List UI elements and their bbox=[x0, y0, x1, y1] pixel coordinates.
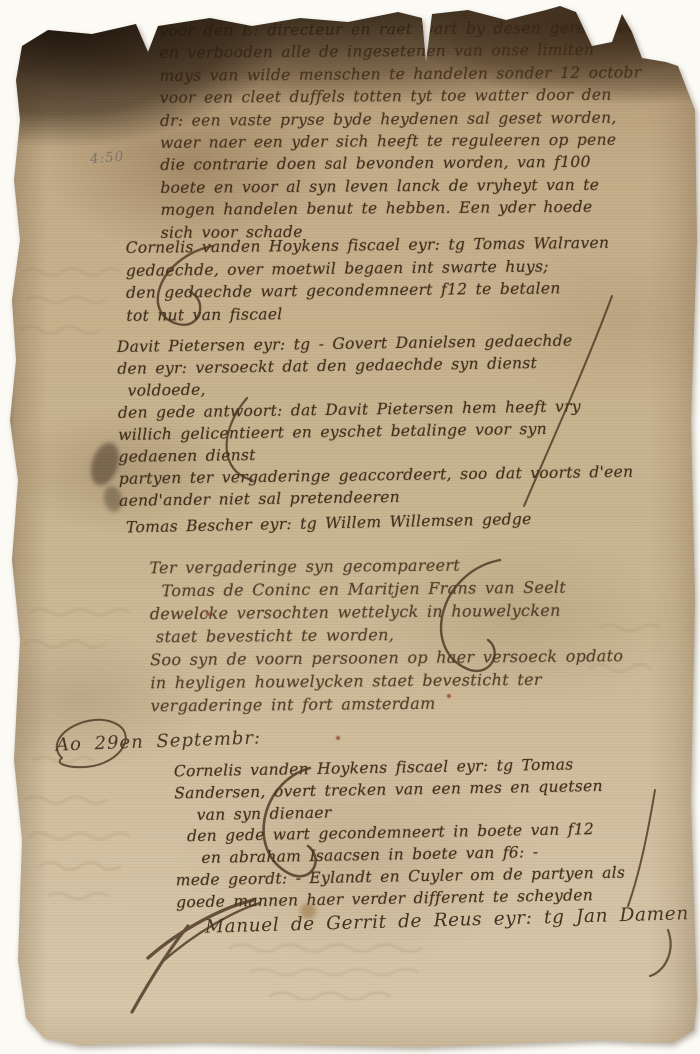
manuscript-paper: voor den E: directeur en raet wart by de… bbox=[0, 0, 700, 1054]
manuscript-line: voor een cleet duffels totten tyt toe wa… bbox=[160, 83, 680, 109]
manuscript-line: Soo syn de voorn persoonen op haer verso… bbox=[150, 644, 675, 672]
manuscript-line: waer naer een yder sich heeft te regulee… bbox=[160, 128, 680, 154]
paper-shadow-wrapper: voor den E: directeur en raet wart by de… bbox=[0, 0, 700, 1054]
entry-case-pietersen-vs-danielsen: Davit Pietersen eyr: tg - Govert Daniels… bbox=[117, 328, 679, 512]
foxing-dot bbox=[336, 736, 340, 740]
pencil-margin-note: 4:50 bbox=[89, 149, 125, 168]
manuscript-line: voor den E: directeur en raet wart by de… bbox=[159, 16, 679, 42]
date-heading: Ao 29en Septembr: bbox=[56, 727, 262, 755]
entry-ordinance-maize-trade: voor den E: directeur en raet wart by de… bbox=[159, 16, 681, 244]
scanned-manuscript-page: voor den E: directeur en raet wart by de… bbox=[0, 0, 700, 1054]
foxing-dot bbox=[206, 612, 210, 616]
entry-case-fiscael-vs-sandersen: Cornelis vanden Hoykens fiscael eyr: tg … bbox=[174, 753, 682, 914]
entry-case-fiscael-vs-walraven: Cornelis vanden Hoykens fiscael eyr: tg … bbox=[126, 231, 677, 327]
manuscript-line: tot nut van fiscael bbox=[126, 299, 676, 327]
manuscript-line: vergaderinge int fort amsterdam bbox=[151, 690, 676, 718]
foxing-dot bbox=[0, 332, 4, 336]
entry-marriage-coninc-frans: Ter vergaderinge syn gecompareertTomas d… bbox=[149, 552, 675, 718]
foxing-dot bbox=[447, 694, 451, 698]
